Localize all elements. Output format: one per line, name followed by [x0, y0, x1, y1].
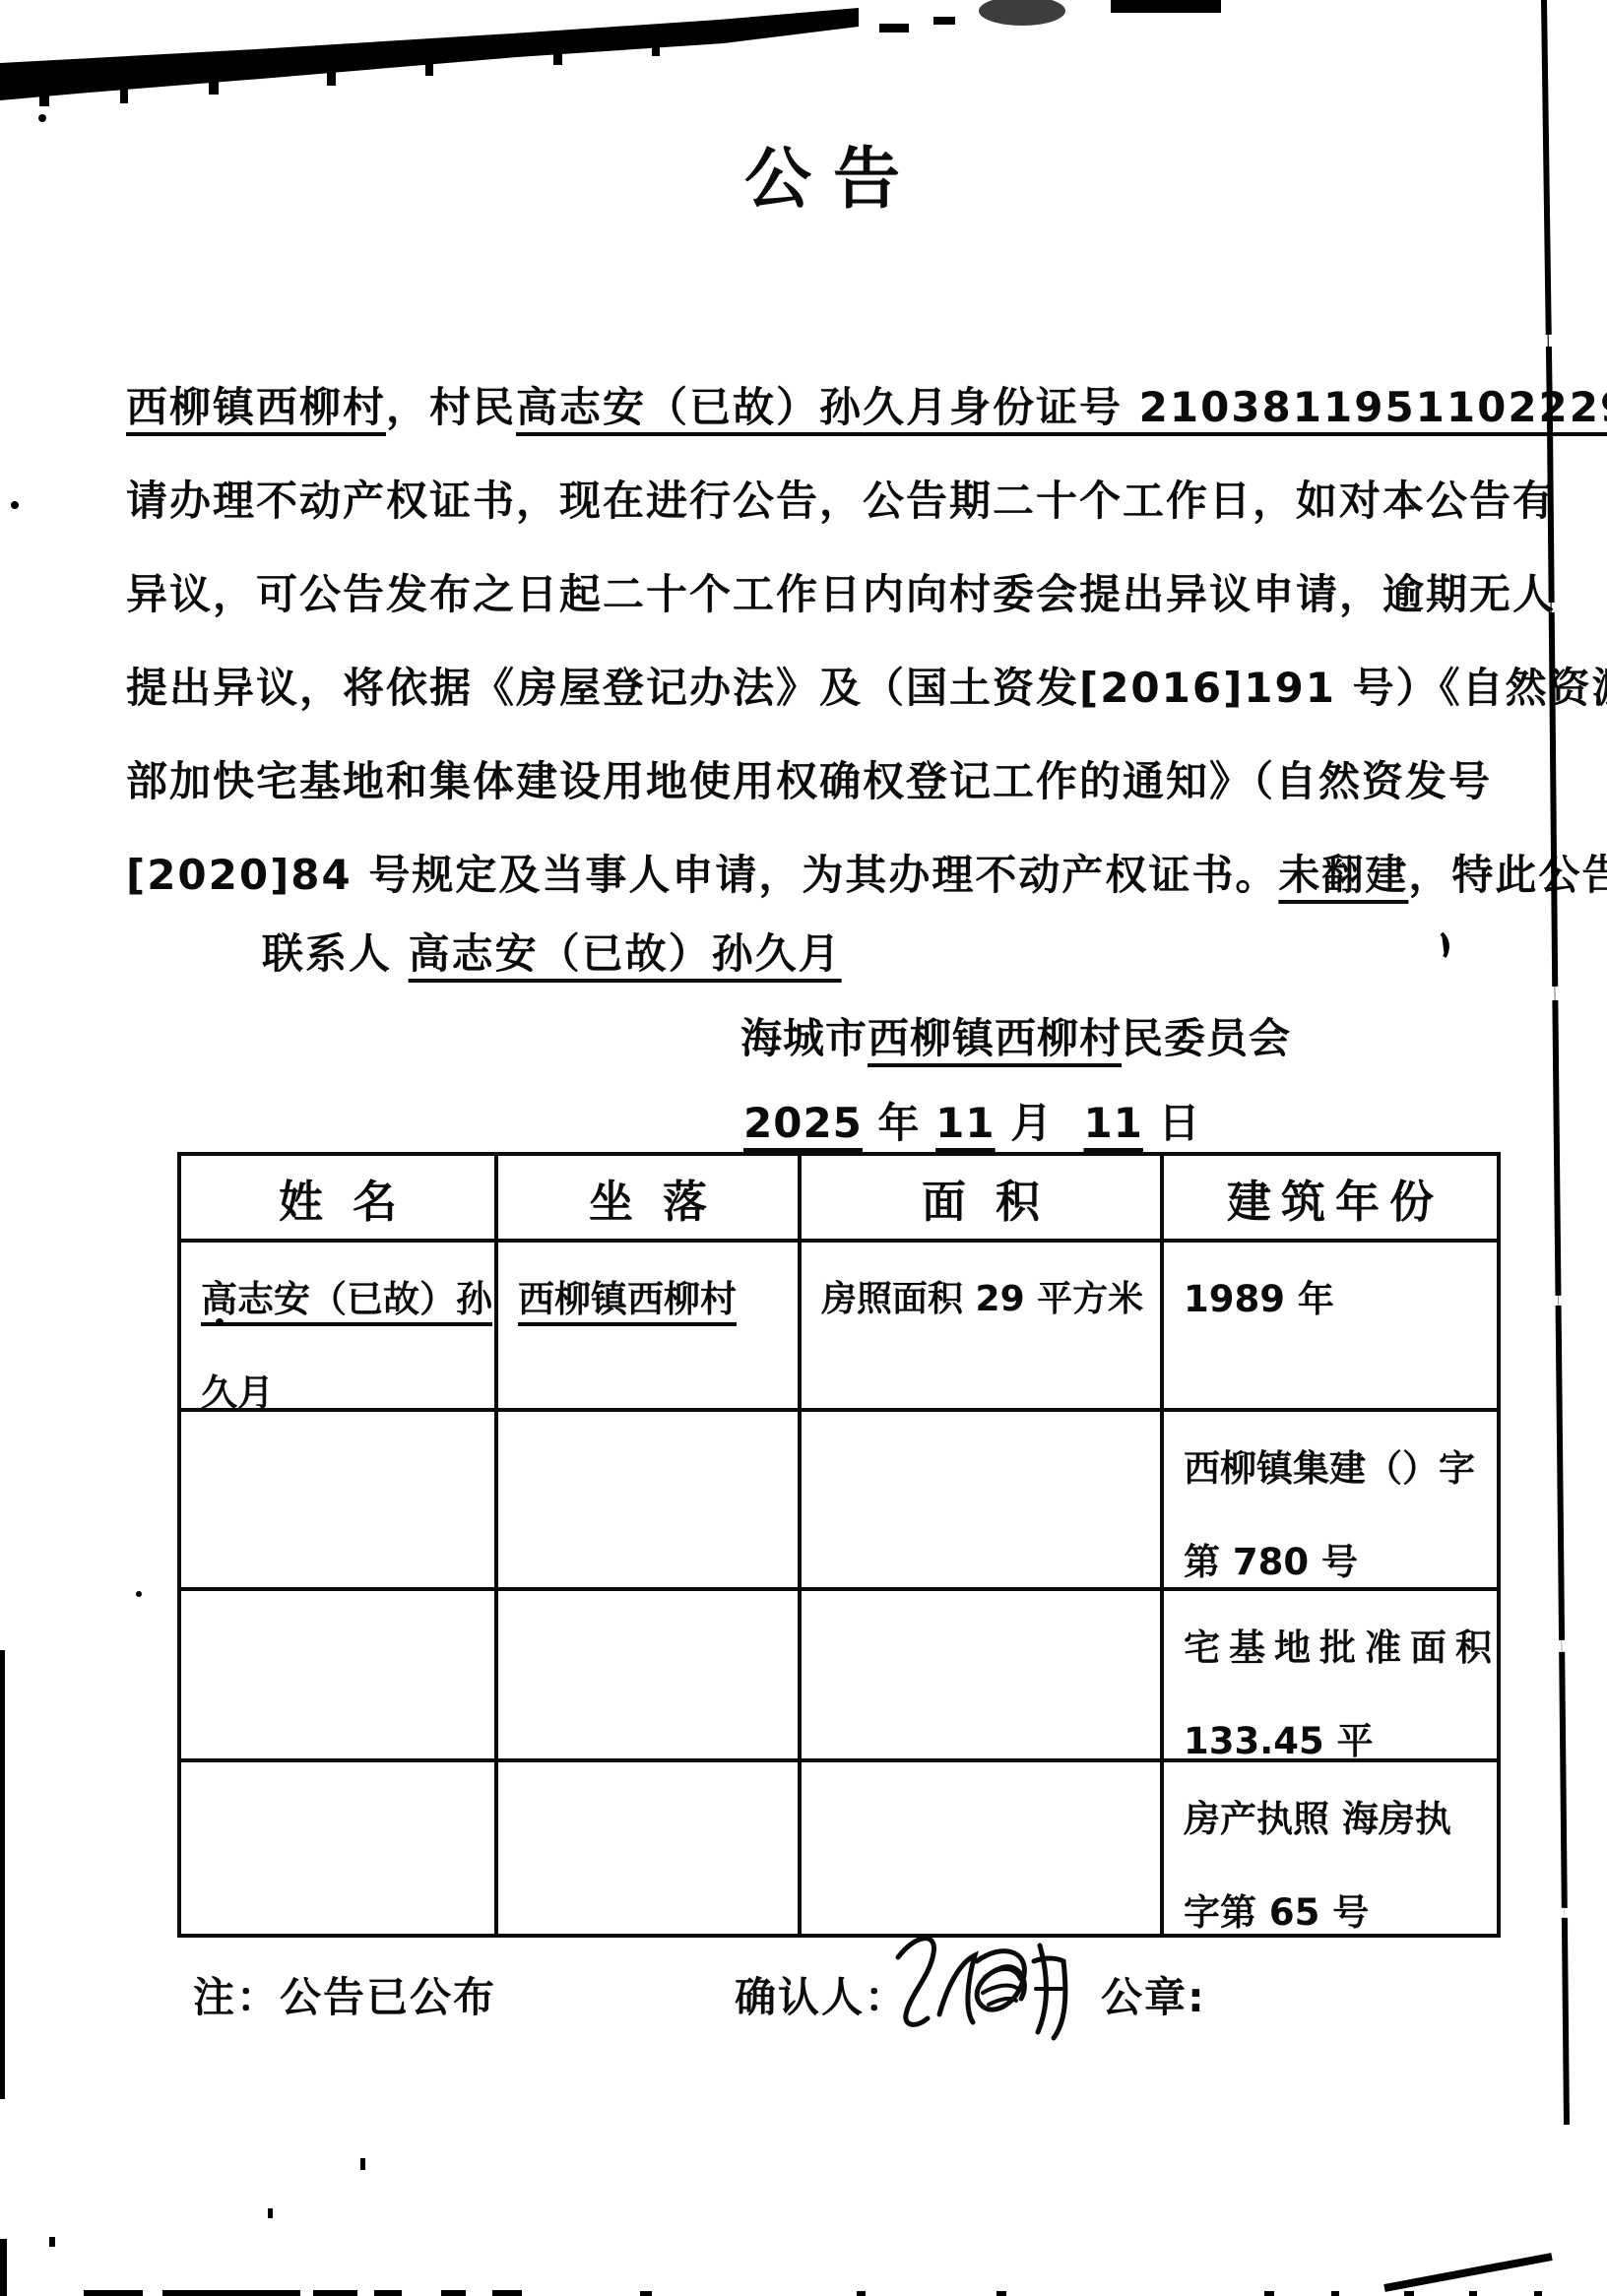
date-day: 11: [1083, 1099, 1142, 1147]
underlined-not-rebuilt: 未翻建: [1278, 851, 1408, 899]
top-scan-band: [0, 8, 859, 100]
underlined-committee-village: 西柳镇西柳村: [868, 1014, 1122, 1062]
underlined-applicant-id: 高志安（已故）孙久月身份证号 210381195110222920: [516, 383, 1607, 431]
seal-label: 公章:: [1101, 1965, 1206, 2024]
cell-owner-name: 高志安（已故）孙久月: [181, 1243, 498, 1412]
body-line-5: 部加快宅基地和集体建设用地使用权确权登记工作的通知》（自然资发号: [126, 734, 1583, 828]
body-line-6: [2020]84 号规定及当事人申请，为其办理不动产权证书。未翻建，特此公告。: [126, 828, 1583, 922]
body-line-2: 请办理不动产权证书，现在进行公告，公告期二十个工作日，如对本公告有: [126, 454, 1583, 547]
header-cell-build-year: 建筑年份: [1164, 1156, 1497, 1243]
cell-homestead-approved-area: 宅基地批准面积133.45 平: [1164, 1591, 1497, 1762]
cell-property-license: 房产执照 海房执字第 65 号: [1164, 1762, 1497, 1934]
empty-cell: [181, 1762, 498, 1934]
contact-name: 高志安（已故）孙久月: [409, 929, 842, 978]
header-cell-area: 面积: [802, 1156, 1164, 1243]
cell-collective-construction-doc: 西柳镇集建（）字第 780 号: [1164, 1412, 1497, 1591]
header-cell-name: 姓名: [181, 1156, 498, 1243]
empty-cell: [181, 1591, 498, 1762]
announcement-table: 姓名 坐落 面积 建筑年份 高志安（已故）孙久月 西柳镇西柳村 房照面积 29 …: [177, 1152, 1501, 1938]
committee-line: 海城市西柳镇西柳村民委员会: [740, 1006, 1291, 1065]
header-cell-location: 坐落: [498, 1156, 802, 1243]
cell-area: 房照面积 29 平方米: [802, 1243, 1164, 1412]
body-line-4: 提出异议，将依据《房屋登记办法》及（国土资发[2016]191 号）《自然资源: [126, 641, 1583, 734]
announcement-body: 西柳镇西柳村，村民高志安（已故）孙久月身份证号 2103811951102229…: [126, 360, 1583, 922]
footer-note: 注：公告已公布: [193, 1965, 496, 2024]
empty-cell: [802, 1762, 1164, 1934]
empty-cell: [802, 1591, 1164, 1762]
empty-cell: [802, 1412, 1164, 1591]
scanned-announcement-page: 公告 西柳镇西柳村，村民高志安（已故）孙久月身份证号 2103811951102…: [0, 0, 1607, 2296]
top-scan-blob: [979, 0, 1065, 26]
contact-line: 联系人 高志安（已故）孙久月: [262, 922, 842, 981]
date-year: 2025: [743, 1099, 863, 1147]
cell-build-year: 1989 年: [1164, 1243, 1497, 1412]
date-line: 2025 年 11 月 11 日: [743, 1091, 1201, 1150]
body-line-1: 西柳镇西柳村，村民高志安（已故）孙久月身份证号 2103811951102229…: [126, 360, 1583, 454]
bottom-right-diagonal: [1384, 2257, 1552, 2288]
date-month: 11: [935, 1099, 995, 1147]
left-edge-line: [0, 1650, 5, 2099]
page-title: 公告: [30, 126, 1607, 222]
empty-cell: [181, 1412, 498, 1591]
cell-location: 西柳镇西柳村: [498, 1243, 802, 1412]
confirmer-signature: [882, 1918, 1099, 2061]
right-edge-line: [1544, 0, 1567, 2125]
underlined-village: 西柳镇西柳村: [126, 383, 386, 431]
empty-cell: [498, 1412, 802, 1591]
body-line-3: 异议，可公告发布之日起二十个工作日内向村委会提出异议申请，逾期无人: [126, 547, 1583, 641]
contact-label: 联系人: [262, 929, 409, 978]
empty-cell: [498, 1591, 802, 1762]
empty-cell: [498, 1762, 802, 1934]
